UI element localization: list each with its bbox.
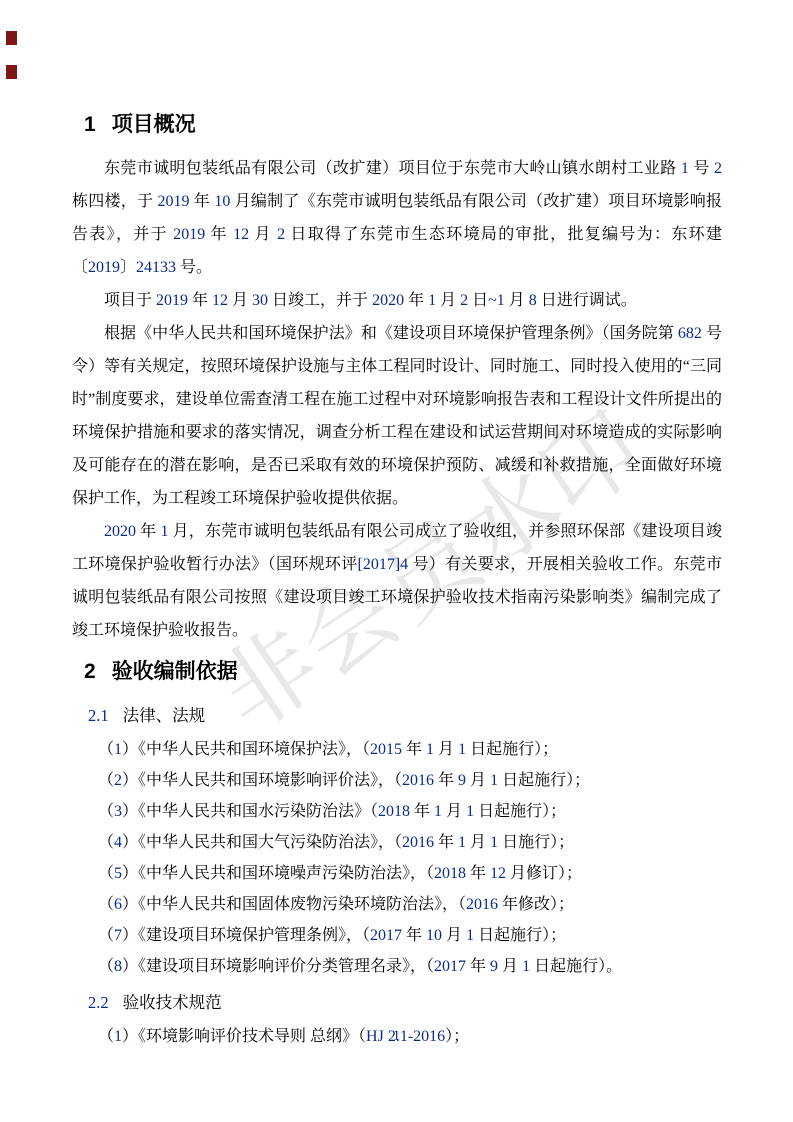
list-item: （5）《中华人民共和国环境噪声污染防治法》，（2018 年 12 月修订）；: [72, 858, 722, 889]
paragraph: 项目于 2019 年 12 月 30 日竣工，并于 2020 年 1 月 2 日…: [72, 284, 722, 317]
subsection-2-2-heading: 2.2 验收技术规范: [72, 986, 722, 1019]
subsection-2-2-title: 验收技术规范: [123, 986, 222, 1019]
document-page: 非会员水印 1 项目概况 东莞市诚明包装纸品有限公司（改扩建）项目位于东莞市大岭…: [0, 0, 793, 1122]
list-item: （6）《中华人民共和国固体废物污染环境防治法》，（2016 年修改）；: [72, 889, 722, 920]
list-item: （8）《建设项目环境影响评价分类管理名录》，（2017 年 9 月 1 日起施行…: [72, 951, 722, 982]
subsection-2-1-title: 法律、法规: [123, 699, 206, 732]
section-2-title: 验收编制依据: [112, 657, 238, 687]
section-1-heading: 1 项目概况: [72, 110, 722, 140]
list-item: （1）《中华人民共和国环境保护法》，（2015 年 1 月 1 日起施行）；: [72, 734, 722, 765]
list-item: （4）《中华人民共和国大气污染防治法》，（2016 年 1 月 1 日施行）；: [72, 827, 722, 858]
red-corner-mark-top: [6, 31, 17, 45]
paragraph: 2020 年 1 月，东莞市诚明包装纸品有限公司成立了验收组，并参照环保部《建设…: [72, 515, 722, 647]
list-item: （2）《中华人民共和国环境影响评价法》，（2016 年 9 月 1 日起施行）；: [72, 765, 722, 796]
paragraph: 东莞市诚明包装纸品有限公司（改扩建）项目位于东莞市大岭山镇水朗村工业路 1 号 …: [72, 152, 722, 284]
red-corner-mark-bottom: [6, 65, 17, 79]
subsection-2-1-heading: 2.1 法律、法规: [72, 699, 722, 732]
section-2-number: 2: [84, 657, 96, 687]
list-item: （7）《建设项目环境保护管理条例》，（2017 年 10 月 1 日起施行）；: [72, 920, 722, 951]
section-1-title: 项目概况: [112, 110, 196, 140]
page-number: 1: [0, 1028, 793, 1045]
section-1-number: 1: [84, 110, 96, 140]
section-2-heading: 2 验收编制依据: [72, 657, 722, 687]
law-list: （1）《中华人民共和国环境保护法》，（2015 年 1 月 1 日起施行）； （…: [72, 734, 722, 982]
list-item: （3）《中华人民共和国水污染防治法》（2018 年 1 月 1 日起施行）；: [72, 796, 722, 827]
subsection-2-2-label: 2.2: [88, 986, 109, 1019]
subsection-2-1-label: 2.1: [88, 699, 109, 732]
paragraph: 根据《中华人民共和国环境保护法》和《建设项目环境保护管理条例》（国务院第 682…: [72, 317, 722, 515]
document-body: 1 项目概况 东莞市诚明包装纸品有限公司（改扩建）项目位于东莞市大岭山镇水朗村工…: [72, 110, 722, 1052]
